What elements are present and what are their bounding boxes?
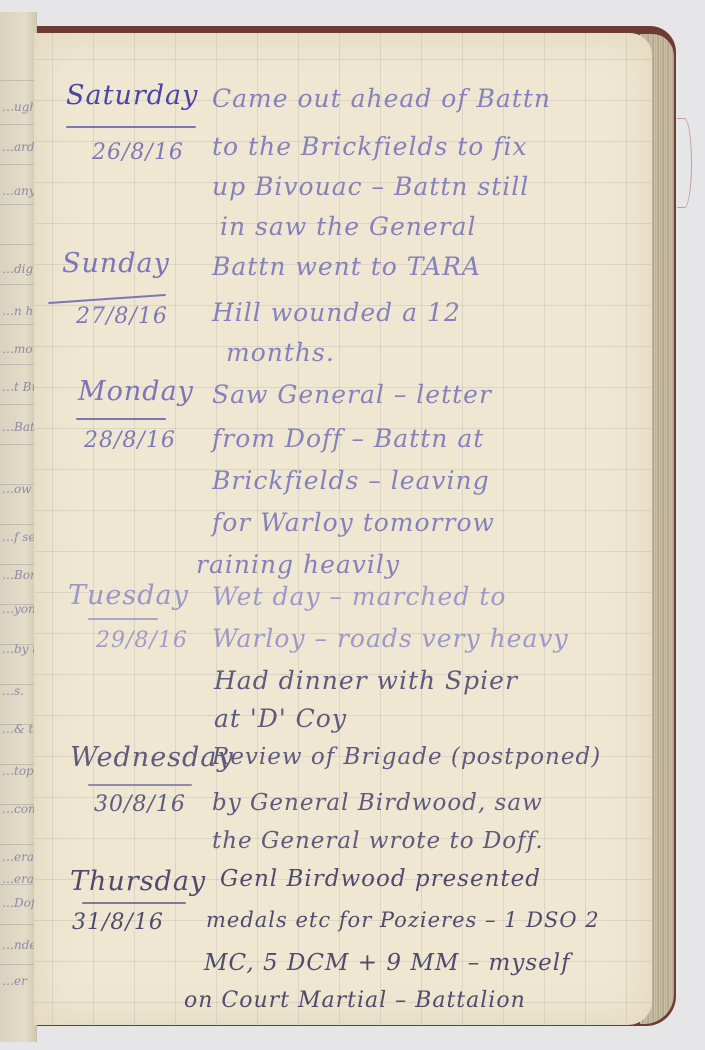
facing-text: …ow <box>2 482 36 496</box>
facing-rule <box>0 324 36 325</box>
entry-day: Tuesday <box>68 580 189 611</box>
facing-rule <box>0 80 36 81</box>
facing-text: …coming <box>2 802 36 816</box>
facing-rule <box>0 284 36 285</box>
entry-day: Wednesday <box>70 742 234 773</box>
entry-day: Thursday <box>70 866 206 897</box>
facing-rule <box>0 404 36 405</box>
entry-line: Hill wounded a 12 <box>212 298 461 327</box>
day-underline <box>76 418 166 420</box>
entry-line: MC, 5 DCM + 9 MM – myself <box>204 950 571 976</box>
day-underline <box>66 126 196 128</box>
facing-text: …er <box>2 974 36 988</box>
bookmark-string <box>677 118 692 208</box>
entry-line: Review of Brigade (postponed) <box>212 744 601 770</box>
facing-rule <box>0 444 36 445</box>
entry-day: Sunday <box>62 248 170 279</box>
entry-day: Saturday <box>66 80 198 111</box>
facing-text: …ugh <box>2 100 36 114</box>
entry-line: Warloy – roads very heavy <box>212 624 569 653</box>
facing-rule <box>0 244 36 245</box>
facing-text: …s. <box>2 684 36 698</box>
entry-line: to the Brickfields to fix <box>212 132 528 161</box>
entry-line: Battn went to TARA <box>212 252 481 281</box>
facing-text: …any <box>2 184 36 198</box>
facing-page: …ugh …ard …any …dig ud …n hill …morning … <box>0 12 37 1042</box>
entry-line: for Warloy tomorrow <box>212 508 495 537</box>
entry-line: Had dinner with Spier <box>214 666 518 695</box>
facing-text: …ndes <box>2 938 36 952</box>
entry-line: Came out ahead of Battn <box>212 84 551 113</box>
day-underline <box>88 618 158 620</box>
entry-line: by General Birdwood, saw <box>212 790 543 816</box>
entry-date: 30/8/16 <box>94 792 186 817</box>
entry-line: on Court Martial – Battalion <box>184 988 526 1013</box>
facing-text: …eral <box>2 850 36 864</box>
entry-line: the General wrote to Doff. <box>212 828 544 854</box>
facing-rule <box>0 924 36 925</box>
entry-date: 27/8/16 <box>76 304 168 329</box>
facing-text: …yond <box>2 602 36 616</box>
entry-line: up Bivouac – Battn still <box>212 172 529 201</box>
facing-rule <box>0 164 36 165</box>
facing-rule <box>0 204 36 205</box>
facing-rule <box>0 364 36 365</box>
facing-rule <box>0 564 36 565</box>
facing-text: …Doff <box>2 896 36 910</box>
entry-day: Monday <box>78 376 194 407</box>
entry-date: 31/8/16 <box>72 910 164 935</box>
facing-text: …f sea <box>2 530 36 544</box>
facing-text: …Bonsal <box>2 568 36 582</box>
entry-line: Brickfields – leaving <box>212 466 490 495</box>
entry-date: 28/8/16 <box>84 428 176 453</box>
facing-rule <box>0 844 36 845</box>
entry-line: raining heavily <box>196 550 400 579</box>
facing-text: …t Bu <box>2 380 36 394</box>
entry-line: months. <box>226 338 335 367</box>
entry-line: Saw General – letter <box>212 380 492 409</box>
facing-text: …ard <box>2 140 36 154</box>
facing-text: …n hill <box>2 304 36 318</box>
entry-line: from Doff – Battn at <box>212 424 484 453</box>
facing-text: …eral <box>2 872 36 886</box>
entry-date: 29/8/16 <box>96 628 188 653</box>
facing-text: …morning <box>2 342 36 356</box>
facing-text: …top of <box>2 764 36 778</box>
facing-rule <box>0 124 36 125</box>
facing-text: …Battn <box>2 420 36 434</box>
facing-text: …dig ud <box>2 262 36 276</box>
day-underline <box>82 902 186 904</box>
entry-line: at 'D' Coy <box>214 704 347 733</box>
facing-text: …& the <box>2 722 36 736</box>
entry-line: in saw the General <box>220 212 477 241</box>
entry-date: 26/8/16 <box>92 140 184 165</box>
entry-line: Wet day – marched to <box>212 582 506 611</box>
day-underline <box>88 784 192 786</box>
facing-rule <box>0 964 36 965</box>
facing-rule <box>0 524 36 525</box>
entry-line: medals etc for Pozieres – 1 DSO 2 <box>206 908 600 932</box>
facing-text: …by the <box>2 642 36 656</box>
entry-line: Genl Birdwood presented <box>220 866 541 892</box>
